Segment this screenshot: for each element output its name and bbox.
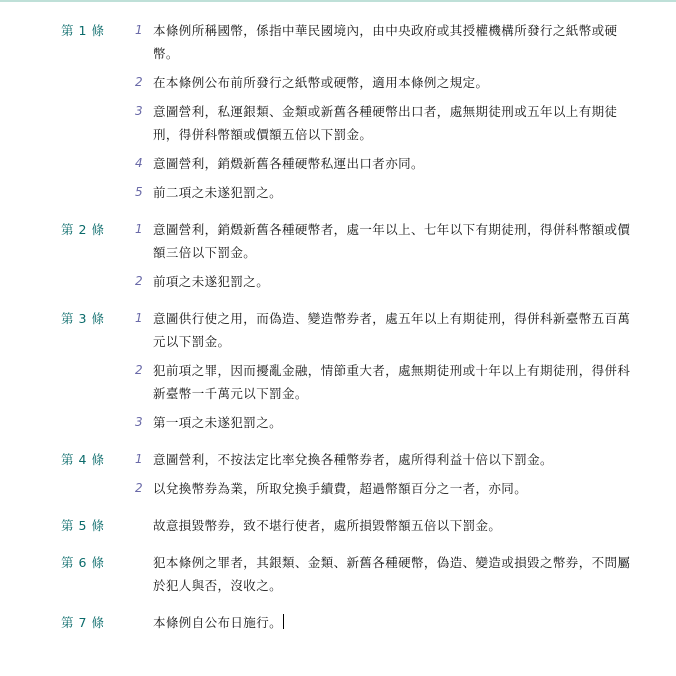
clause-text: 犯前項之罪，因而擾亂金融，情節重大者，處無期徒刑或十年以上有期徒刑，得併科新臺幣… (153, 359, 633, 405)
article-3: 第3條 1 意圖供行使之用，而偽造、變造幣券者，處五年以上有期徒刑，得併科新臺幣… (0, 307, 676, 434)
clause: 3 第一項之未遂犯罰之。 (122, 411, 676, 434)
clause-text: 意圖供行使之用，而偽造、變造幣券者，處五年以上有期徒刑，得併科新臺幣五百萬元以下… (153, 307, 633, 353)
article-suffix: 條 (91, 615, 104, 630)
clause: 1 本條例所稱國幣，係指中華民國境內，由中央政府或其授權機構所發行之紙幣或硬幣。 (122, 19, 676, 65)
clause: 5 前二項之未遂犯罰之。 (122, 181, 676, 204)
clause: 1 意圖營利，不按法定比率兌換各種幣券者，處所得利益十倍以下罰金。 (122, 448, 676, 471)
article-number: 5 (79, 514, 87, 537)
clause-number: 5 (135, 181, 153, 204)
clause-text: 意圖營利，私運銀類、金類或新舊各種硬幣出口者，處無期徒刑或五年以上有期徒刑，得併… (153, 100, 633, 146)
article-suffix: 條 (91, 311, 104, 326)
clause-number: 2 (135, 359, 153, 382)
clause: 2 前項之未遂犯罰之。 (122, 270, 676, 293)
article-label[interactable]: 第3條 (0, 307, 122, 330)
clause: 0 故意損毀幣券，致不堪行使者，處所損毀幣額五倍以下罰金。 (122, 514, 676, 537)
clause-text: 故意損毀幣券，致不堪行使者，處所損毀幣額五倍以下罰金。 (153, 514, 633, 537)
article-label[interactable]: 第6條 (0, 551, 122, 574)
clause-list: 1 意圖營利，不按法定比率兌換各種幣券者，處所得利益十倍以下罰金。 2 以兌換幣… (122, 448, 676, 500)
clause-number: 1 (135, 448, 153, 471)
clause: 2 在本條例公布前所發行之紙幣或硬幣，適用本條例之規定。 (122, 71, 676, 94)
article-label[interactable]: 第7條 (0, 611, 122, 634)
clause-list: 1 本條例所稱國幣，係指中華民國境內，由中央政府或其授權機構所發行之紙幣或硬幣。… (122, 19, 676, 204)
clause-list: 0 本條例自公布日施行。 (122, 611, 676, 634)
clause-text: 意圖營利，銷燬新舊各種硬幣者，處一年以上、七年以下有期徒刑，得併科幣額或價額三倍… (153, 218, 633, 264)
clause-text: 犯本條例之罪者，其銀類、金類、新舊各種硬幣，偽造、變造或損毀之幣券，不問屬於犯人… (153, 551, 633, 597)
clause-text[interactable]: 本條例自公布日施行。 (153, 611, 633, 634)
clause-list: 1 意圖營利，銷燬新舊各種硬幣者，處一年以上、七年以下有期徒刑，得併科幣額或價額… (122, 218, 676, 293)
article-2: 第2條 1 意圖營利，銷燬新舊各種硬幣者，處一年以上、七年以下有期徒刑，得併科幣… (0, 218, 676, 293)
clause-list: 0 故意損毀幣券，致不堪行使者，處所損毀幣額五倍以下罰金。 (122, 514, 676, 537)
article-prefix: 第 (61, 615, 74, 630)
clause-number: 1 (135, 218, 153, 241)
article-6: 第6條 0 犯本條例之罪者，其銀類、金類、新舊各種硬幣，偽造、變造或損毀之幣券，… (0, 551, 676, 597)
clause: 4 意圖營利，銷燬新舊各種硬幣私運出口者亦同。 (122, 152, 676, 175)
article-suffix: 條 (91, 518, 104, 533)
clause-text: 前項之未遂犯罰之。 (153, 270, 633, 293)
clause-text: 前二項之未遂犯罰之。 (153, 181, 633, 204)
article-5: 第5條 0 故意損毀幣券，致不堪行使者，處所損毀幣額五倍以下罰金。 (0, 514, 676, 537)
clause-list: 1 意圖供行使之用，而偽造、變造幣券者，處五年以上有期徒刑，得併科新臺幣五百萬元… (122, 307, 676, 434)
law-article-list: 第1條 1 本條例所稱國幣，係指中華民國境內，由中央政府或其授權機構所發行之紙幣… (0, 19, 676, 648)
clause: 0 犯本條例之罪者，其銀類、金類、新舊各種硬幣，偽造、變造或損毀之幣券，不問屬於… (122, 551, 676, 597)
article-label[interactable]: 第2條 (0, 218, 122, 241)
article-number: 3 (79, 307, 87, 330)
clause-text: 意圖營利，銷燬新舊各種硬幣私運出口者亦同。 (153, 152, 633, 175)
clause: 1 意圖營利，銷燬新舊各種硬幣者，處一年以上、七年以下有期徒刑，得併科幣額或價額… (122, 218, 676, 264)
clause-list: 0 犯本條例之罪者，其銀類、金類、新舊各種硬幣，偽造、變造或損毀之幣券，不問屬於… (122, 551, 676, 597)
article-number: 2 (79, 218, 87, 241)
clause-text: 本條例所稱國幣，係指中華民國境內，由中央政府或其授權機構所發行之紙幣或硬幣。 (153, 19, 633, 65)
clause-number: 1 (135, 19, 153, 42)
article-prefix: 第 (61, 518, 74, 533)
article-label[interactable]: 第5條 (0, 514, 122, 537)
clause-number: 2 (135, 477, 153, 500)
clause: 2 以兌換幣券為業，所取兌換手續費，超過幣額百分之一者，亦同。 (122, 477, 676, 500)
article-label[interactable]: 第4條 (0, 448, 122, 471)
article-number: 4 (79, 448, 87, 471)
article-suffix: 條 (91, 452, 104, 467)
clause-text-content: 本條例自公布日施行。 (153, 615, 282, 630)
clause-text: 意圖營利，不按法定比率兌換各種幣券者，處所得利益十倍以下罰金。 (153, 448, 633, 471)
article-number: 1 (79, 19, 87, 42)
article-label[interactable]: 第1條 (0, 19, 122, 42)
top-divider (0, 0, 676, 2)
clause: 0 本條例自公布日施行。 (122, 611, 676, 634)
clause-number: 4 (135, 152, 153, 175)
clause-text: 以兌換幣券為業，所取兌換手續費，超過幣額百分之一者，亦同。 (153, 477, 633, 500)
article-prefix: 第 (61, 222, 74, 237)
clause-number: 1 (135, 307, 153, 330)
clause-number: 2 (135, 270, 153, 293)
article-4: 第4條 1 意圖營利，不按法定比率兌換各種幣券者，處所得利益十倍以下罰金。 2 … (0, 448, 676, 500)
article-prefix: 第 (61, 555, 74, 570)
article-suffix: 條 (91, 555, 104, 570)
clause: 3 意圖營利，私運銀類、金類或新舊各種硬幣出口者，處無期徒刑或五年以上有期徒刑，… (122, 100, 676, 146)
clause: 1 意圖供行使之用，而偽造、變造幣券者，處五年以上有期徒刑，得併科新臺幣五百萬元… (122, 307, 676, 353)
article-suffix: 條 (91, 222, 104, 237)
article-prefix: 第 (61, 452, 74, 467)
article-number: 6 (79, 551, 87, 574)
clause-text: 在本條例公布前所發行之紙幣或硬幣，適用本條例之規定。 (153, 71, 633, 94)
article-number: 7 (79, 611, 87, 634)
article-1: 第1條 1 本條例所稱國幣，係指中華民國境內，由中央政府或其授權機構所發行之紙幣… (0, 19, 676, 204)
article-prefix: 第 (61, 23, 74, 38)
clause-text: 第一項之未遂犯罰之。 (153, 411, 633, 434)
clause-number: 3 (135, 411, 153, 434)
article-7: 第7條 0 本條例自公布日施行。 (0, 611, 676, 634)
article-suffix: 條 (91, 23, 104, 38)
article-prefix: 第 (61, 311, 74, 326)
text-cursor (283, 614, 284, 629)
clause-number: 2 (135, 71, 153, 94)
clause-number: 3 (135, 100, 153, 123)
clause: 2 犯前項之罪，因而擾亂金融，情節重大者，處無期徒刑或十年以上有期徒刑，得併科新… (122, 359, 676, 405)
